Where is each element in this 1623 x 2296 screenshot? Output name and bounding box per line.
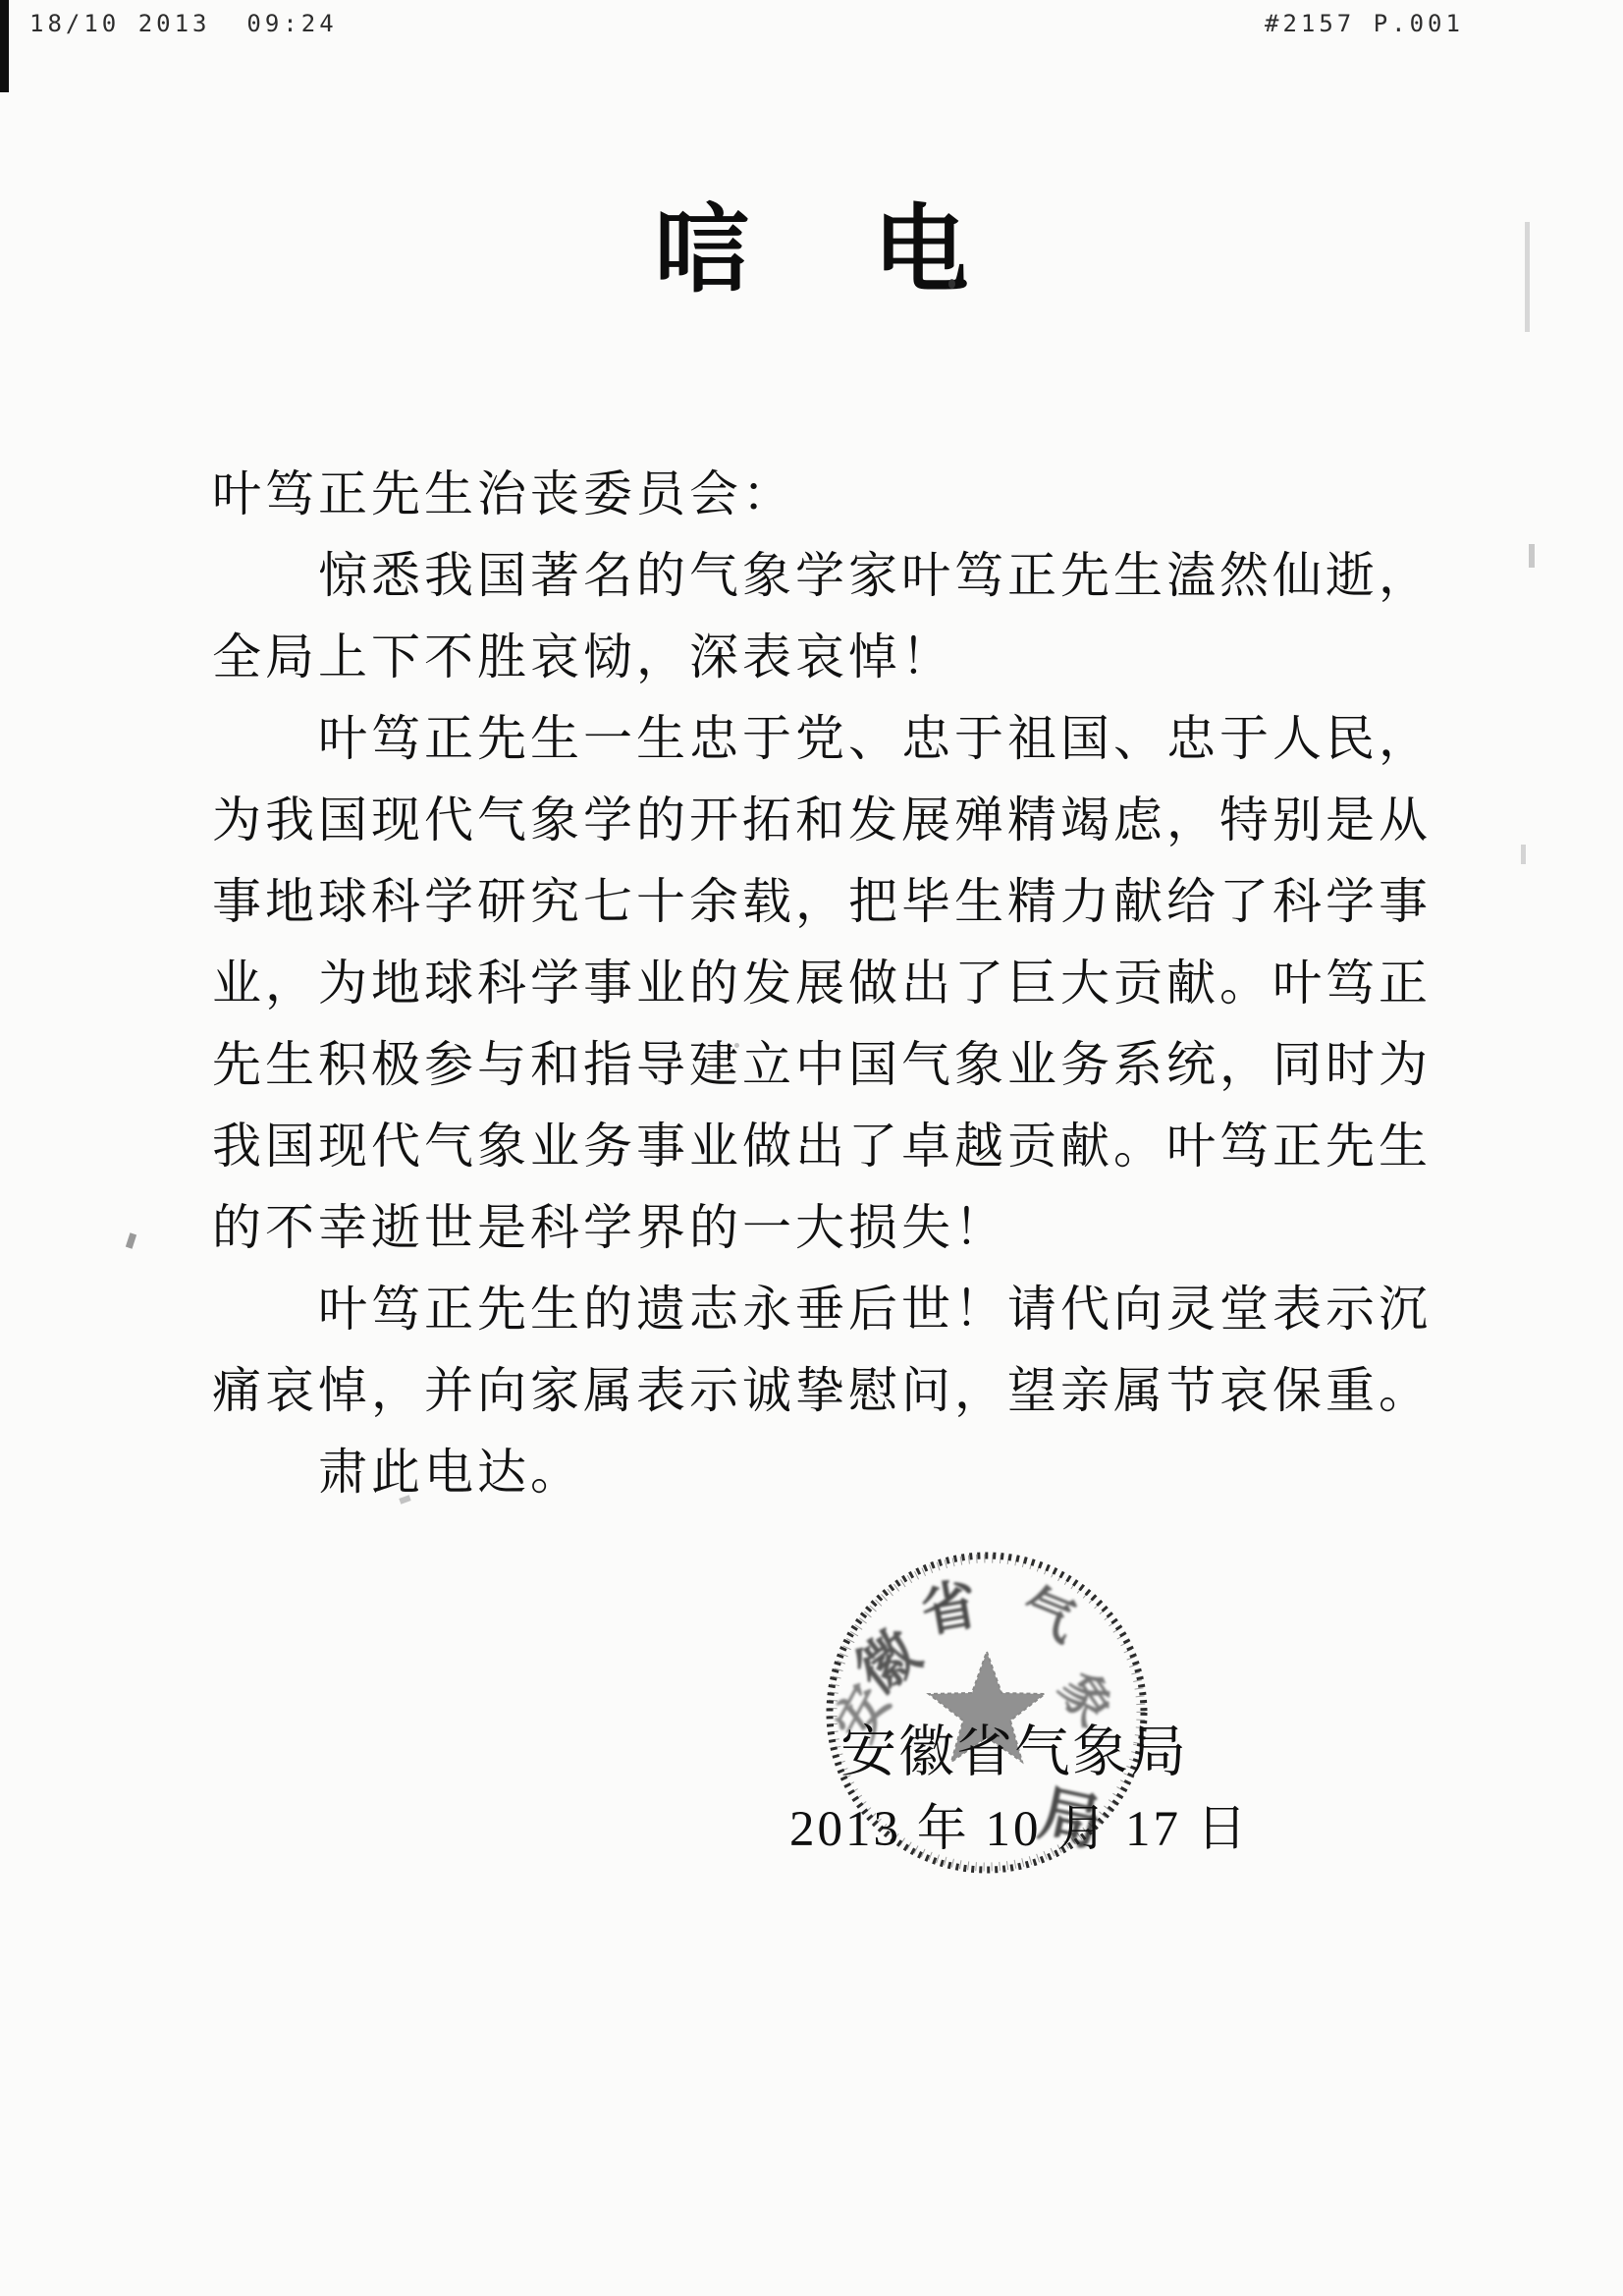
body-line-salutation: 叶笃正先生治丧委员会： [212,454,1518,535]
body-line: 叶笃正先生一生忠于党、忠于祖国、忠于人民， [212,698,1518,780]
body-line: 业，为地球科学事业的发展做出了巨大贡献。叶笃正 [212,943,1518,1024]
scan-streak [1521,845,1526,864]
scan-speck [734,1043,739,1048]
body-line: 惊悉我国著名的气象学家叶笃正先生溘然仙逝， [212,535,1518,617]
body-line: 先生积极参与和指导建立中国气象业务系统，同时为 [212,1024,1518,1106]
signature-organization: 安徽省气象局 [840,1707,1188,1787]
signature-date: 2013 年 10 月 17 日 [789,1787,1250,1860]
telegram-body: 叶笃正先生治丧委员会： 惊悉我国著名的气象学家叶笃正先生溘然仙逝， 全局上下不胜… [212,454,1518,1513]
body-line: 全局上下不胜哀恸，深表哀悼！ [212,617,1518,698]
body-line: 痛哀悼，并向家属表示诚挚慰问，望亲属节哀保重。 [212,1350,1518,1432]
fax-page: 18/10 2013 09:24 #2157 P.001 唁 电 叶笃正先生治丧… [0,0,1623,2296]
scan-speck [948,279,955,289]
body-line: 为我国现代气象学的开拓和发展殚精竭虑，特别是从 [212,780,1518,861]
scan-speck [126,1232,136,1248]
scan-streak [1525,222,1530,332]
scan-edge-artifact [0,0,9,92]
body-line: 叶笃正先生的遗志永垂后世！请代向灵堂表示沉 [212,1269,1518,1350]
fax-datetime: 18/10 2013 09:24 [29,10,338,37]
title-char-right: 电 [874,198,969,303]
document-title: 唁 电 [0,198,1623,303]
title-char-left: 唁 [655,198,750,303]
body-line: 的不幸逝世是科学界的一大损失！ [212,1187,1518,1269]
body-line: 我国现代气象业务事业做出了卓越贡献。叶笃正先生 [212,1106,1518,1187]
fax-page-number: #2157 P.001 [1265,10,1464,37]
scan-streak [1529,544,1535,568]
body-line: 事地球科学研究七十余载，把毕生精力献给了科学事 [212,861,1518,943]
